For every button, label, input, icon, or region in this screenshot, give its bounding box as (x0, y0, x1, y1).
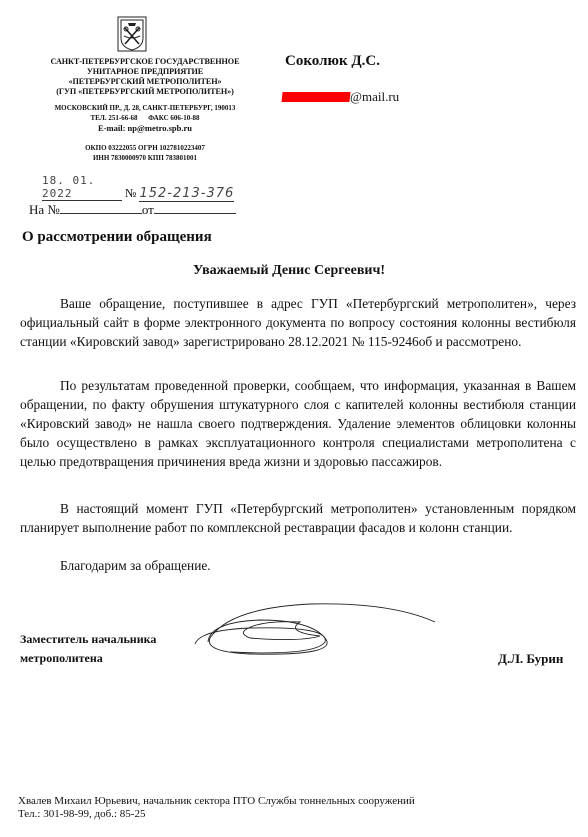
recipient-email-domain: @mail.ru (350, 89, 399, 104)
org-phone: ТЕЛ. 251-66-68 (90, 114, 137, 122)
org-inn-kpp: ИНН 7830000970 КПП 783801001 (20, 154, 270, 164)
reference-no-label: На № (29, 202, 60, 217)
handwritten-signature-icon (190, 600, 450, 665)
number-sign: № (125, 186, 136, 200)
signatory-position: Заместитель начальника метрополитена (20, 630, 156, 668)
org-line: (ГУП «ПЕТЕРБУРГСКИЙ МЕТРОПОЛИТЕН») (20, 87, 270, 97)
paragraph-text: Ваше обращение, поступившее в адрес ГУП … (20, 294, 576, 351)
org-email: E-mail: np@metro.spb.ru (20, 124, 270, 134)
organization-name: САНКТ-ПЕТЕРБУРГСКОЕ ГОСУДАРСТВЕННОЕ УНИТ… (20, 57, 270, 97)
registration-stamp: 18. 01. 2022№152-213-376 (42, 174, 234, 202)
paragraph-text: По результатам проведенной проверки, соо… (20, 376, 576, 471)
position-line: Заместитель начальника (20, 630, 156, 649)
reference-from-field (154, 203, 236, 214)
reference-line: На №от (29, 202, 236, 218)
letter-subject: О рассмотрении обращения (22, 229, 212, 246)
salutation: Уважаемый Денис Сергеевич! (193, 263, 385, 279)
body-paragraph: По результатам проведенной проверки, соо… (20, 376, 576, 471)
org-line: «ПЕТЕРБУРГСКИЙ МЕТРОПОЛИТЕН» (20, 77, 270, 87)
paragraph-text: Благодарим за обращение. (20, 556, 576, 575)
org-okpo-ogrn: ОКПО 03222055 ОГРН 1027810223407 (20, 144, 270, 154)
executor-phone: Тел.: 301-98-99, доб.: 85-25 (18, 808, 415, 821)
paragraph-text: В настоящий момент ГУП «Петербургский ме… (20, 499, 576, 537)
org-address: МОСКОВСКИЙ ПР., Д. 28, САНКТ-ПЕТЕРБУРГ, … (20, 104, 270, 114)
registration-date: 18. 01. 2022 (42, 174, 122, 201)
recipient-name: Соколюк Д.С. (285, 53, 380, 70)
signatory-name: Д.Л. Бурин (498, 651, 563, 667)
position-line: метрополитена (20, 649, 156, 668)
executor-info: Хвалев Михаил Юрьевич, начальник сектора… (18, 795, 415, 821)
org-line: САНКТ-ПЕТЕРБУРГСКОЕ ГОСУДАРСТВЕННОЕ (20, 57, 270, 67)
org-fax: ФАКС 606-10-88 (148, 114, 200, 122)
redaction-mark (281, 92, 350, 102)
reference-no-field (60, 203, 142, 214)
body-paragraph: Благодарим за обращение. (20, 556, 576, 575)
executor-name: Хвалев Михаил Юрьевич, начальник сектора… (18, 795, 415, 808)
body-paragraph: В настоящий момент ГУП «Петербургский ме… (20, 499, 576, 537)
reference-from-label: от (142, 202, 154, 217)
recipient-email: @mail.ru (282, 89, 399, 105)
registration-number: 152-213-376 (139, 186, 234, 202)
org-line: УНИТАРНОЕ ПРЕДПРИЯТИЕ (20, 67, 270, 77)
body-paragraph: Ваше обращение, поступившее в адрес ГУП … (20, 294, 576, 351)
coat-of-arms-icon (117, 16, 147, 52)
